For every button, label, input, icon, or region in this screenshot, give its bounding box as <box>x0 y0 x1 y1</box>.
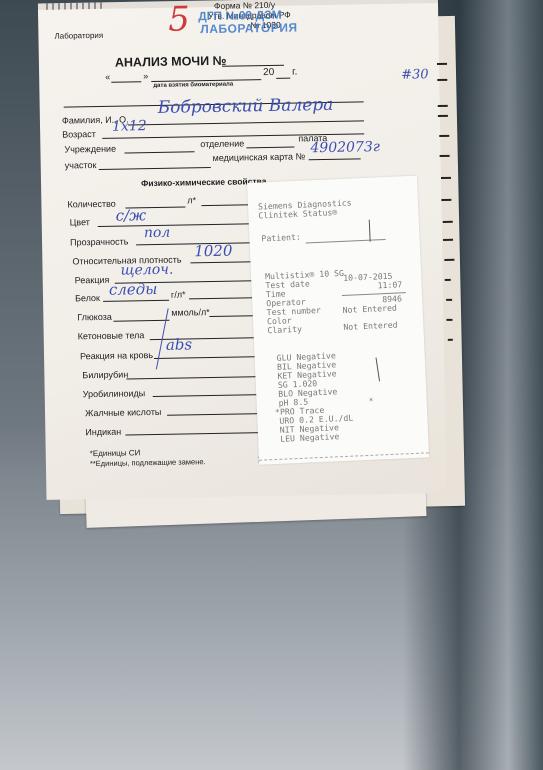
field-urobilinoids-label: Уробилиноиды <box>83 388 146 399</box>
age-label: Возраст <box>62 129 96 140</box>
field-indican-label: Индикан <box>85 427 121 438</box>
field-density-value: 1020 <box>194 242 232 261</box>
field-blood-label: Реакция на кровь <box>80 350 153 361</box>
field-glucose-label: Глюкоза <box>77 312 112 323</box>
receipt-color-value: Not Entered <box>342 304 397 315</box>
field-reaction-value: щелоч. <box>120 262 173 279</box>
date-close-quote: » <box>143 71 148 81</box>
receipt-time-value: 11:07 <box>377 280 402 290</box>
field-glucose-unit: ммоль/л* <box>171 307 210 318</box>
red-pen-mark: 5 <box>168 0 190 40</box>
footnote-si: *Единицы СИ <box>90 448 141 458</box>
field-quantity-label: Количество <box>67 199 116 210</box>
footnote-replace: **Единицы, подлежащие замене. <box>90 457 206 468</box>
patient-name-value: Бобровский Валера <box>158 95 334 118</box>
field-reaction-label: Реакция <box>75 275 110 286</box>
field-ketones-label: Кетоновые тела <box>78 330 145 341</box>
field-protein-value: следы <box>109 280 158 299</box>
department-label: отделение <box>200 138 244 149</box>
field-bilirubin-label: Билирубин <box>82 369 128 380</box>
field-color-label: Цвет <box>70 217 90 227</box>
laboratory-label: Лаборатория <box>54 31 103 41</box>
medical-card-value: 4902073г <box>310 139 380 156</box>
side-note: #30 <box>401 67 429 82</box>
year-prefix: 20 <box>263 67 274 78</box>
year-suffix: г. <box>292 66 297 77</box>
field-protein-unit: г/л* <box>171 289 186 299</box>
receipt-clarity-value: Not Entered <box>343 321 398 332</box>
pen-mark <box>369 220 371 242</box>
receipt-device: Clinitek Status® <box>258 208 337 220</box>
field-clarity-label: Прозрачность <box>70 236 128 247</box>
receipt-star-mark: * <box>368 397 373 406</box>
result-leu: LEU Negative <box>280 432 339 444</box>
institution-label: Учреждение <box>64 144 116 155</box>
field-color-value: с/ж <box>115 206 146 225</box>
field-bile-acids-label: Жалчные кислоты <box>85 407 161 418</box>
field-clarity-value: пол <box>144 225 171 241</box>
medical-card-label: медицинская карта № <box>213 151 306 163</box>
pen-mark-results <box>375 358 380 382</box>
receipt-patient-label: Patient: <box>261 233 301 244</box>
lab-stamp-line2: ЛАБОРАТОРИЯ <box>200 20 297 36</box>
clinitek-receipt: Siemens Diagnostics Clinitek Status® Pat… <box>247 176 429 465</box>
field-blood-value: abs <box>166 335 193 353</box>
date-open-quote: « <box>105 72 110 82</box>
field-protein-label: Белок <box>75 293 100 303</box>
date-caption: дата взятия биоматериала <box>153 82 233 89</box>
field-quantity-unit: л* <box>187 195 196 205</box>
district-label: участок <box>65 160 97 171</box>
receipt-clarity-label: Clarity <box>267 325 302 335</box>
form-title: АНАЛИЗ МОЧИ № <box>115 54 227 70</box>
age-value: 1х12 <box>112 118 147 135</box>
